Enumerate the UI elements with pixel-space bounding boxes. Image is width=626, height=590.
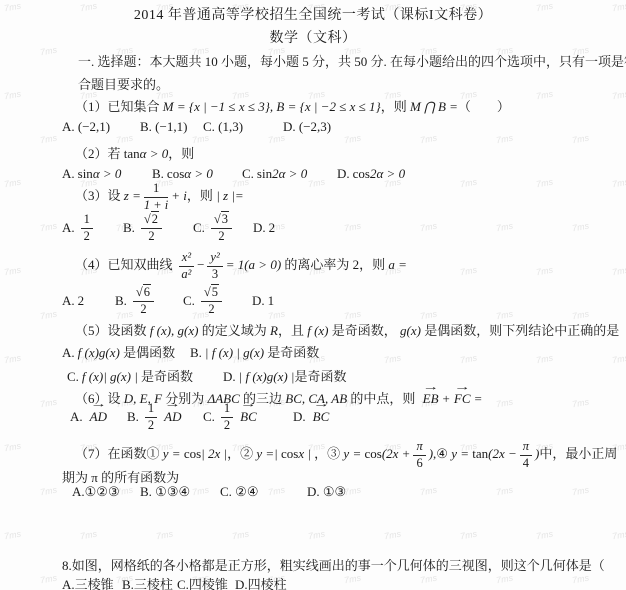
text-segment: ,④ — [433, 446, 451, 461]
math-segment: f (x)g(x) — [78, 345, 120, 360]
operator: − — [197, 257, 204, 272]
math-segment: | z |= — [216, 188, 243, 203]
math-segment: M = {x | −1 ≤ x ≤ 3}, B = {x | −2 ≤ x ≤ … — [163, 99, 381, 114]
option-a: A.sinα > 0 — [62, 166, 121, 182]
math-segment: f (x) — [307, 323, 328, 338]
question-8-stem: 8.如图，网格纸的各小格都是正方形，粗实线画出的事一个几何体的三视图，则这个几何… — [62, 556, 626, 575]
vector: →AD — [88, 409, 109, 425]
vector-arrow-icon: → — [82, 398, 114, 410]
option-label: A. — [62, 293, 75, 309]
radical-sign: √ — [144, 212, 151, 226]
fraction-numerator: √3 — [211, 213, 232, 229]
option-label: A. — [62, 345, 75, 360]
radical-sign: √ — [214, 212, 221, 226]
fraction-numerator: 1 — [144, 182, 168, 198]
fraction-numerator: π — [413, 440, 425, 456]
option-b: B.cosα > 0 — [152, 166, 213, 182]
text-segment: （4）已知双曲线 — [75, 257, 176, 272]
math-segment: 2α > 0 — [272, 166, 307, 181]
math-segment: y = — [451, 446, 472, 461]
function-name: cos — [184, 446, 201, 461]
fraction-numerator: 1 — [81, 213, 93, 229]
math-segment: y = — [343, 446, 364, 461]
option-c: C. (1,3) — [203, 119, 243, 135]
math-segment: M ⋂ B = — [410, 99, 458, 114]
math-segment: 2α > 0 — [370, 166, 405, 181]
option-a: A.三棱锥 — [62, 574, 114, 590]
text-segment: 中，最小正周 — [539, 446, 617, 461]
text-segment: ，则 — [381, 99, 410, 114]
fraction-denominator: 3 — [207, 267, 222, 282]
function-name: cos — [364, 446, 381, 461]
answer-paren: （ ） — [458, 99, 510, 114]
function-name: cos — [167, 166, 184, 181]
fraction-denominator: 6 — [413, 456, 425, 471]
option-label: B. — [127, 409, 139, 425]
vector-arrow-icon: → — [157, 398, 189, 410]
option-label: D. — [293, 409, 306, 425]
text-segment: ，则 — [187, 188, 216, 203]
option-label: C. — [183, 293, 195, 309]
option-a: A.①②③ — [72, 484, 120, 500]
question-4-options: A.2 B.√62 C.√52 D.1 — [0, 284, 626, 318]
fraction-numerator: √5 — [201, 286, 222, 302]
vector-letters: AD — [164, 409, 181, 424]
option-b: B. ①③④ — [140, 484, 190, 500]
option-a: A. (−2,1) — [62, 119, 110, 135]
math-segment: a = — [388, 257, 407, 272]
option-d: D.四棱柱 — [235, 574, 287, 590]
function-name: tan — [124, 146, 140, 161]
section-instructions-line2: 合题目要求的。 — [78, 75, 169, 94]
radical-sign: √ — [136, 285, 143, 299]
option-d: D.1 — [252, 284, 274, 318]
fraction-denominator: 2 — [133, 302, 154, 317]
function-name: tan — [472, 446, 488, 461]
math-segment: y =| — [256, 446, 281, 461]
text-segment: （1）已知集合 — [75, 99, 163, 114]
fraction-numerator: y² — [207, 251, 222, 267]
vector-arrow-icon: → — [416, 378, 446, 397]
vector-arrow-icon: → — [447, 378, 478, 397]
option-value: 2 — [78, 293, 85, 309]
question-5-options-ab: A.f (x)g(x) 是偶函数 B.| f (x) | g(x) 是奇函数 — [0, 342, 626, 362]
option-a: A.f (x)g(x) 是偶函数 — [62, 342, 175, 361]
vector: →BC — [238, 409, 259, 425]
radicand: 3 — [221, 211, 229, 226]
fraction: y²3 — [207, 251, 222, 281]
fraction-denominator: 2 — [211, 229, 232, 244]
fraction: π6 — [413, 440, 425, 470]
fraction-numerator: √2 — [141, 213, 162, 229]
math-segment: | f (x) | g(x) — [205, 345, 264, 360]
fraction-denominator: 2 — [81, 229, 93, 244]
fraction: 12 — [221, 402, 233, 432]
fraction: 12 — [81, 213, 93, 243]
fraction: 12 — [145, 402, 157, 432]
fraction: π4 — [520, 440, 532, 470]
option-c: C.f (x)| g(x) | 是奇函数 — [67, 366, 193, 385]
option-b: B.√62 — [115, 284, 157, 318]
question-6-options: A.→AD B.12→AD C.12→BC D.→BC — [0, 402, 626, 432]
math-segment: (2x − — [488, 446, 517, 461]
option-c: C. ②④ — [220, 484, 258, 500]
option-label: B. — [123, 220, 135, 236]
option-b: B.三棱柱 — [122, 574, 173, 590]
vector-letters: BC — [240, 409, 257, 424]
option-label: B. — [152, 166, 164, 181]
paper-subtitle: 数学（文科） — [0, 29, 626, 48]
option-label: A. — [62, 166, 75, 181]
radical-sign: √ — [204, 285, 211, 299]
fraction: √62 — [133, 286, 154, 316]
text-segment: 的定义域为 — [198, 323, 270, 338]
question-8-options: A.三棱锥 B.三棱柱 C.四棱锥 D.四棱柱 — [0, 574, 626, 590]
option-label: C. — [203, 409, 215, 425]
question-4-stem: （4）已知双曲线 x²a²−y²3= 1(a > 0) 的离心率为 2，则 a … — [75, 251, 407, 281]
function-name: sin — [78, 166, 93, 181]
radicand: 2 — [151, 211, 159, 226]
fraction-denominator: 1 + i — [144, 198, 168, 213]
question-1-options: A. (−2,1) B. (−1,1) C. (1,3) D. (−2,3) — [0, 119, 626, 139]
option-b: B.12→AD — [127, 402, 186, 432]
option-d: D.2 — [253, 212, 275, 244]
function-name: cos — [281, 446, 298, 461]
fraction-denominator: 2 — [141, 229, 162, 244]
option-d: D.| f (x)g(x) |是奇函数 — [223, 366, 347, 385]
option-b: B. (−1,1) — [140, 119, 187, 135]
fraction-numerator: 1 — [221, 402, 233, 418]
text-segment: 的离心率为 2，则 — [281, 257, 388, 272]
question-7-options: A.①②③ B. ①③④ C. ②④ D. ①③ — [0, 484, 626, 504]
option-label: A. — [70, 409, 83, 425]
text-segment: ，则 — [168, 146, 194, 161]
math-segment: + i — [171, 188, 187, 203]
function-name: sin — [257, 166, 272, 181]
fraction: √32 — [211, 213, 232, 243]
math-segment: (2x + — [382, 446, 411, 461]
option-b: B.| f (x) | g(x) 是奇函数 — [190, 342, 319, 361]
text-segment: （2）若 — [75, 146, 124, 161]
vector: →AD — [162, 409, 183, 425]
fraction-denominator: 2 — [145, 418, 157, 433]
text-segment: 是奇函数 — [264, 345, 319, 360]
option-label: D. — [223, 369, 236, 384]
math-segment: α > 0 — [140, 146, 169, 161]
text-segment: （7）在函数① — [75, 446, 163, 461]
vector-arrow-icon: → — [305, 398, 336, 410]
paper-content: 2014 年普通高等学校招生全国统一考试（课标I文科卷） 数学（文科） 一. 选… — [0, 0, 626, 590]
text-segment: ，③ — [311, 446, 344, 461]
option-d: D. (−2,3) — [283, 119, 331, 135]
option-d: D.→BC — [293, 402, 333, 432]
vector-letters: AD — [90, 409, 107, 424]
fraction: 11 + i — [144, 182, 168, 212]
option-label: D. — [252, 293, 265, 309]
fraction: √22 — [141, 213, 162, 243]
question-1-stem: （1）已知集合 M = {x | −1 ≤ x ≤ 3}, B = {x | −… — [75, 97, 510, 116]
exam-paper-page: 7ms7ms7ms7ms7ms7ms7ms7ms7ms7ms7ms7ms7ms7… — [0, 0, 626, 590]
option-label: C. — [242, 166, 254, 181]
question-7-stem: （7）在函数① y = cos| 2x |，② y =| cosx | ，③ y… — [75, 440, 617, 470]
question-3-options: A.12 B.√22 C.√32 D.2 — [0, 212, 626, 244]
fraction-numerator: x² — [179, 251, 194, 267]
option-label: C. — [193, 220, 205, 236]
fraction-denominator: a² — [179, 267, 194, 282]
math-segment: | f (x)g(x) | — [239, 369, 295, 384]
question-5-stem: （5）设函数 f (x), g(x) 的定义域为 R，且 f (x) 是奇函数，… — [75, 321, 619, 340]
vector: →BC — [311, 409, 332, 425]
option-label: D. — [253, 220, 266, 236]
text-segment: ，② — [227, 446, 256, 461]
math-segment: R — [270, 323, 278, 338]
fraction: √52 — [201, 286, 222, 316]
fraction: x²a² — [179, 251, 194, 281]
option-c: C.sin2α > 0 — [242, 166, 307, 182]
paper-title: 2014 年普通高等学校招生全国统一考试（课标I文科卷） — [0, 6, 626, 25]
text-segment: 是奇函数 — [138, 369, 193, 384]
text-segment: ，且 — [278, 323, 307, 338]
option-label: A. — [62, 220, 75, 236]
option-label: D. — [337, 166, 350, 181]
option-c: C.√52 — [183, 284, 225, 318]
math-segment: f (x), g(x) — [150, 323, 199, 338]
option-c: C.四棱锥 — [177, 574, 228, 590]
text-segment: 是偶函数 — [120, 345, 175, 360]
section-instructions-line1: 一. 选择题：本大题共 10 小题，每小题 5 分，共 50 分. 在每小题给出… — [78, 52, 626, 71]
fraction-denominator: 4 — [520, 456, 532, 471]
radicand: 5 — [211, 284, 219, 299]
math-segment: f (x)| g(x) | — [82, 369, 138, 384]
fraction-denominator: 2 — [201, 302, 222, 317]
fraction-denominator: 2 — [221, 418, 233, 433]
question-2-stem: （2）若 tanα > 0，则 — [75, 144, 194, 163]
fraction-numerator: √6 — [133, 286, 154, 302]
option-c: C.√32 — [193, 212, 235, 244]
option-c: C.12→BC — [203, 402, 261, 432]
option-d: D. ①③ — [307, 484, 346, 500]
option-label: B. — [190, 345, 202, 360]
math-segment: x | — [298, 446, 311, 461]
math-segment: g(x) — [400, 323, 421, 338]
text-segment: （3）设 — [75, 188, 124, 203]
vector-letters: BC — [313, 409, 330, 424]
question-5-options-cd: C.f (x)| g(x) | 是奇函数 D.| f (x)g(x) |是奇函数 — [0, 366, 626, 386]
option-value: 1 — [268, 293, 275, 309]
math-segment: | 2x | — [201, 446, 227, 461]
vector-arrow-icon: → — [233, 398, 264, 410]
text-segment: 是奇函数 — [295, 369, 347, 384]
text-segment: （5）设函数 — [75, 323, 150, 338]
math-segment: z = — [124, 188, 141, 203]
option-a: A.2 — [62, 284, 84, 318]
radicand: 6 — [143, 284, 151, 299]
option-label: B. — [115, 293, 127, 309]
math-segment: y = — [163, 446, 184, 461]
math-segment: α > 0 — [93, 166, 122, 181]
text-segment: 是奇函数， — [329, 323, 401, 338]
option-b: B.√22 — [123, 212, 165, 244]
math-segment: α > 0 — [184, 166, 213, 181]
option-a: A.12 — [62, 212, 96, 244]
option-label: C. — [67, 369, 79, 384]
option-value: 2 — [269, 220, 276, 236]
math-segment: = 1(a > 0) — [226, 257, 281, 272]
function-name: cos — [353, 166, 370, 181]
option-d: D.cos2α > 0 — [337, 166, 405, 182]
fraction-numerator: 1 — [145, 402, 157, 418]
option-a: A.→AD — [70, 402, 111, 432]
text-segment: 是偶函数，则下列结论中正确的是 — [421, 323, 619, 338]
fraction-numerator: π — [520, 440, 532, 456]
question-3-stem: （3）设 z =11 + i+ i，则 | z |= — [75, 182, 244, 212]
